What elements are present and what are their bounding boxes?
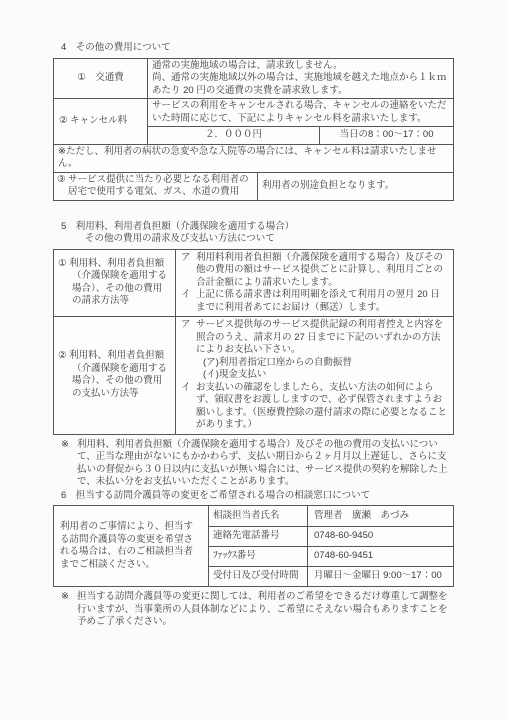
item-text: お支払いの確認をしましたら、支払い方法の如何によらず、領収書をお渡ししますので、… [196, 382, 449, 432]
note-text: 利用料、利用者負担額（介護保険を適用する場合）及びその他の費用の支払いについて、… [77, 439, 454, 489]
note-marker: ※ [61, 439, 77, 489]
note-marker: ※ [61, 591, 77, 629]
fee-text-transport: 通常の実施地域の場合は、請求致しません。 尚、通常の実施地域以外の場合は、実施地… [148, 59, 453, 99]
billing-method-body: ア 利用料利用者負担額（介護保険を適用する場合）及びその他の費用の額はサービス提… [176, 250, 453, 317]
contact-hours-value: 月曜日～金曜日 9:00～17：00 [308, 567, 453, 586]
late-payment-note: ※ 利用料、利用者負担額（介護保険を適用する場合）及びその他の費用の支払いについ… [61, 439, 454, 489]
table-row-contact-phone: 連絡先電話番号 0748-60-9450 [209, 526, 453, 546]
contact-rows: 相談担当者氏名 管理者 廣瀬 あづみ 連絡先電話番号 0748-60-9450 … [209, 506, 453, 586]
item-text-main: サービス提供毎のサービス提供記録の利用者控えと内容を照合のうえ、請求月の 27 … [196, 319, 443, 355]
fee-cell-cancel: サービスの利用をキャンセルされる場合、キャンセルの連絡をいただ いた時間に応じて… [148, 99, 453, 144]
item-text: 上記に係る請求書は利用明細を添えて利用月の翌月 20 日までに利用者あてにお届け… [196, 289, 449, 314]
contact-fax-label: ﾌｧｯｸｽ番号 [209, 547, 308, 566]
list-item: イ お支払いの確認をしましたら、支払い方法の如何によらず、領収書をお渡ししますの… [181, 382, 449, 432]
section-5-heading-line2: その他の費用の請求及び支払い方法について [85, 233, 454, 246]
item-marker: ア [181, 252, 196, 290]
list-item: ア サービス提供毎のサービス提供記録の利用者控えと内容を照合のうえ、請求月の 2… [181, 319, 449, 382]
list-item: イ 上記に係る請求書は利用明細を添えて利用月の翌月 20 日までに利用者あてにお… [181, 289, 449, 314]
helper-change-note: ※ 担当する訪問介護員等の変更に関しては、利用者のご希望をできるだけ尊重して調整… [61, 591, 454, 629]
item-text: サービス提供毎のサービス提供記録の利用者控えと内容を照合のうえ、請求月の 27 … [196, 319, 449, 382]
payment-method-label-text: ② 利用料、利用者負担額（介護保険を適用する場合）、その他の費用の支払い方法等 [58, 350, 171, 400]
section-4-heading: 4 その他の費用について [53, 42, 454, 55]
list-item: ア 利用料利用者負担額（介護保険を適用する場合）及びその他の費用の額はサービス提… [181, 252, 449, 290]
fee-text-cancel: サービスの利用をキャンセルされる場合、キャンセルの連絡をいただ いた時間に応じて… [148, 99, 453, 126]
item-marker: イ [181, 289, 196, 314]
payment-method-label: ② 利用料、利用者負担額（介護保険を適用する場合）、その他の費用の支払い方法等 [54, 317, 176, 434]
item-marker: ア [181, 319, 196, 382]
fee-label-cancel: ② キャンセル料 [54, 99, 148, 144]
table-row-contact-hours: 受付日及び受付時間 月曜日～金曜日 9:00～17：00 [209, 566, 453, 586]
fee-label-transport: ① 交通費 [54, 59, 148, 99]
note-text: 担当する訪問介護員等の変更に関しては、利用者のご希望をできるだけ尊重して調整を行… [77, 591, 454, 629]
cancel-fee-amount: ２．０００円 [148, 127, 320, 144]
fee-text-utilities: 利用者の別途負担となります。 [258, 173, 453, 200]
section-5-heading-line1: 5 利用料、利用者負担額（介護保険を適用する場合） [61, 221, 454, 234]
fee-label-utilities: ③ サービス提供に当たり必要となる利用者の居宅で使用する電気、ガス、水道の費用 [54, 173, 258, 200]
table-row-payment-method: ② 利用料、利用者負担額（介護保険を適用する場合）、その他の費用の支払い方法等 … [54, 316, 453, 434]
cancel-fee-subrow: ２．０００円 当日の8：00～17：00 [148, 126, 453, 144]
sub-item-auto-transfer: (ア)利用者指定口座からの自動振替 [203, 357, 449, 370]
section-5-heading: 5 利用料、利用者負担額（介護保険を適用する場合） その他の費用の請求及び支払い… [53, 221, 454, 246]
table-row-utilities-fee: ③ サービス提供に当たり必要となる利用者の居宅で使用する電気、ガス、水道の費用 … [54, 172, 453, 200]
table-row-billing-method: ① 利用料、利用者負担額（介護保険を適用する場合）、その他の費用の請求方法等 ア… [54, 250, 453, 317]
contact-fax-value: 0748-60-9451 [308, 547, 453, 566]
sub-item-cash-payment: (イ)現金支払い [203, 369, 449, 382]
other-fees-table: ① 交通費 通常の実施地域の場合は、請求致しません。 尚、通常の実施地域以外の場… [53, 58, 454, 201]
scanned-document-page: 4 その他の費用について ① 交通費 通常の実施地域の場合は、請求致しません。 … [0, 0, 509, 720]
billing-method-label: ① 利用料、利用者負担額（介護保険を適用する場合）、その他の費用の請求方法等 [54, 250, 176, 317]
table-row-contact-name: 相談担当者氏名 管理者 廣瀬 あづみ [209, 506, 453, 526]
cancel-fee-time: 当日の8：00～17：00 [320, 127, 453, 144]
contact-name-label: 相談担当者氏名 [209, 506, 308, 526]
contact-intro-cell: 利用者のご事情により、担当する訪問介護員等の変更を希望される場合は、右のご相談担… [54, 506, 209, 586]
billing-payment-table: ① 利用料、利用者負担額（介護保険を適用する場合）、その他の費用の請求方法等 ア… [53, 249, 454, 435]
document-content: 4 その他の費用について ① 交通費 通常の実施地域の場合は、請求致しません。 … [53, 42, 454, 629]
contact-phone-label: 連絡先電話番号 [209, 527, 308, 546]
payment-method-body: ア サービス提供毎のサービス提供記録の利用者控えと内容を照合のうえ、請求月の 2… [176, 317, 453, 434]
item-marker: イ [181, 382, 196, 432]
contact-table: 利用者のご事情により、担当する訪問介護員等の変更を希望される場合は、右のご相談担… [53, 505, 454, 587]
item-text: 利用料利用者負担額（介護保険を適用する場合）及びその他の費用の額はサービス提供ご… [196, 252, 449, 290]
section-6-heading: 6 担当する訪問介護員等の変更をご希望される場合の相談窓口について [53, 490, 454, 503]
table-row-contact-fax: ﾌｧｯｸｽ番号 0748-60-9451 [209, 546, 453, 566]
billing-method-label-text: ① 利用料、利用者負担額（介護保険を適用する場合）、その他の費用の請求方法等 [58, 258, 171, 308]
contact-intro-text: 利用者のご事情により、担当する訪問介護員等の変更を希望される場合は、右のご相談担… [60, 521, 202, 571]
table-row-transport-fee: ① 交通費 通常の実施地域の場合は、請求致しません。 尚、通常の実施地域以外の場… [54, 59, 453, 99]
contact-phone-value: 0748-60-9450 [308, 527, 453, 546]
fee-label-utilities-text: ③ サービス提供に当たり必要となる利用者の居宅で使用する電気、ガス、水道の費用 [57, 174, 254, 199]
contact-name-value: 管理者 廣瀬 あづみ [308, 506, 453, 526]
cancel-exception-note: ※ただし、利用者の病状の急変や急な入院等の場合には、キャンセル料は請求いたしませ… [54, 144, 453, 172]
contact-hours-label: 受付日及び受付時間 [209, 567, 308, 586]
table-row-cancel-fee: ② キャンセル料 サービスの利用をキャンセルされる場合、キャンセルの連絡をいただ… [54, 98, 453, 144]
